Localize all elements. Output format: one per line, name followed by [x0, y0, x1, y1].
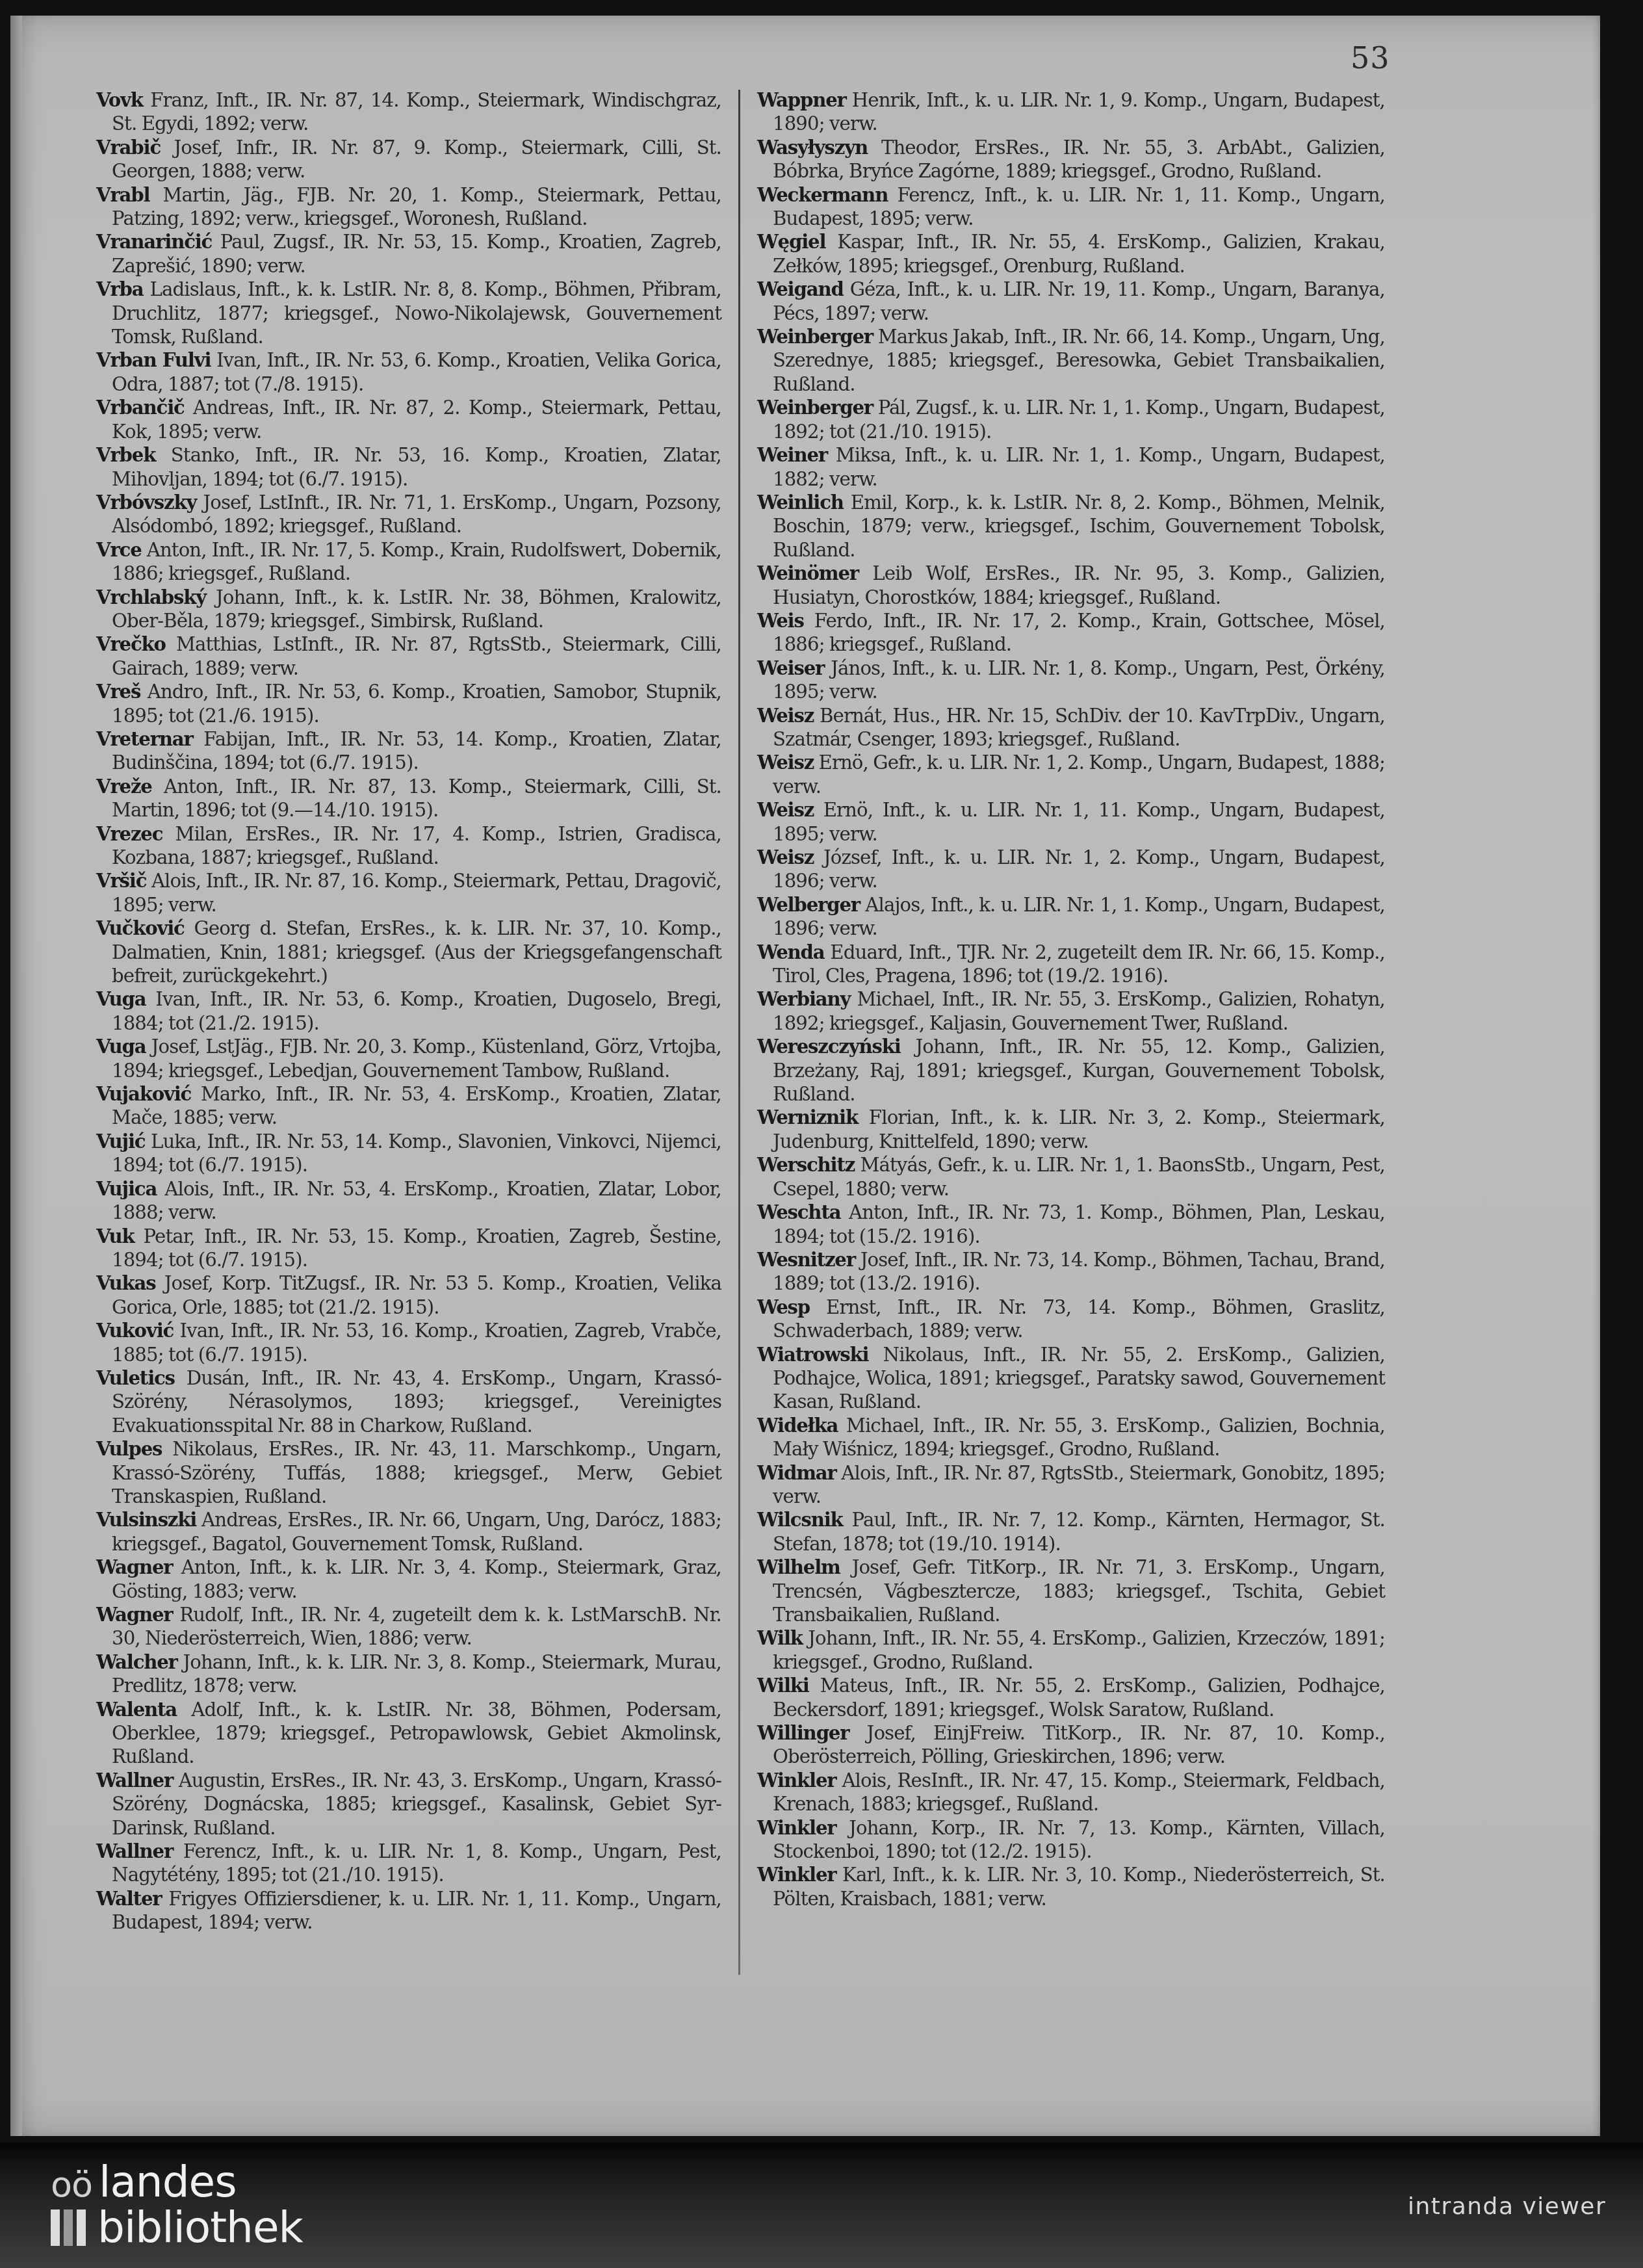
logo-bars-icon	[51, 2209, 90, 2253]
register-entry: Wilhelm Josef, Gefr. TitKorp., IR. Nr. 7…	[757, 1556, 1385, 1626]
register-entry: Wagner Anton, Inft., k. k. LIR. Nr. 3, 4…	[96, 1556, 721, 1603]
entry-surname: Walenta	[96, 1699, 177, 1721]
register-entry: Vreže Anton, Inft., IR. Nr. 87, 13. Komp…	[96, 775, 721, 822]
register-entry: Vrbančič Andreas, Inft., IR. Nr. 87, 2. …	[96, 396, 721, 443]
register-entry: Walenta Adolf, Inft., k. k. LstIR. Nr. 3…	[96, 1698, 721, 1769]
logo-bibliothek: bibliothek	[97, 2202, 303, 2252]
register-entry: Wenda Eduard, Inft., TJR. Nr. 2, zugetei…	[757, 941, 1385, 988]
register-entry: Weiser János, Inft., k. u. LIR. Nr. 1, 8…	[757, 657, 1385, 704]
entry-details: Matthias, LstInft., IR. Nr. 87, RgtsStb.…	[112, 633, 721, 679]
entry-surname: Weigand	[757, 278, 844, 300]
register-entry: Weinlich Emil, Korp., k. k. LstIR. Nr. 8…	[757, 491, 1385, 562]
register-entry: Winkler Alois, ResInft., IR. Nr. 47, 15.…	[757, 1769, 1385, 1816]
entry-surname: Vrbek	[96, 444, 155, 466]
entry-surname: Vuletics	[96, 1367, 175, 1389]
register-entry: Weiner Miksa, Inft., k. u. LIR. Nr. 1, 1…	[757, 443, 1385, 491]
register-entry: Vuk Petar, Inft., IR. Nr. 53, 15. Komp.,…	[96, 1225, 721, 1272]
entry-surname: Willinger	[757, 1722, 849, 1744]
entry-details: Emil, Korp., k. k. LstIR. Nr. 8, 2. Komp…	[773, 491, 1385, 561]
entry-details: Andro, Inft., IR. Nr. 53, 6. Komp., Kroa…	[112, 681, 721, 726]
logo-line-1: oölandes	[51, 2161, 237, 2206]
entry-details: Franz, Inft., IR. Nr. 87, 14. Komp., Ste…	[112, 89, 721, 135]
entry-surname: Walter	[96, 1888, 161, 1910]
entry-details: Kaspar, Inft., IR. Nr. 55, 4. ErsKomp., …	[773, 231, 1385, 276]
entry-surname: Wilcsnik	[757, 1509, 843, 1531]
entry-surname: Vučković	[96, 917, 185, 939]
entry-details: Henrik, Inft., k. u. LIR. Nr. 1, 9. Komp…	[773, 89, 1385, 135]
entry-surname: Welberger	[757, 894, 860, 916]
entry-details: Augustin, ErsRes., IR. Nr. 43, 3. ErsKom…	[112, 1769, 721, 1839]
entry-surname: Weinlich	[757, 491, 844, 514]
entry-details: Mátyás, Gefr., k. u. LIR. Nr. 1, 1. Baon…	[773, 1154, 1385, 1199]
entry-surname: Vulpes	[96, 1438, 162, 1460]
entry-surname: Werniznik	[757, 1106, 858, 1128]
register-entry: Winkler Johann, Korp., IR. Nr. 7, 13. Ko…	[757, 1816, 1385, 1864]
entry-surname: Walcher	[96, 1651, 177, 1673]
entry-surname: Winkler	[757, 1769, 836, 1792]
entry-details: Michael, Inft., IR. Nr. 55, 3. ErsKomp.,…	[773, 1414, 1385, 1460]
register-entry: Vuletics Dusán, Inft., IR. Nr. 43, 4. Er…	[96, 1366, 721, 1437]
viewer-footer: oölandes bibliothek intranda viewer	[0, 2143, 1643, 2268]
entry-surname: Vreternar	[96, 728, 193, 750]
entry-surname: Wereszczyński	[757, 1036, 901, 1058]
register-entry: Weis Ferdo, Inft., IR. Nr. 17, 2. Komp.,…	[757, 609, 1385, 657]
entry-details: Géza, Inft., k. u. LIR. Nr. 19, 11. Komp…	[773, 278, 1385, 324]
register-entry: Wilcsnik Paul, Inft., IR. Nr. 7, 12. Kom…	[757, 1508, 1385, 1556]
entry-details: József, Inft., k. u. LIR. Nr. 1, 2. Komp…	[773, 846, 1385, 892]
entry-details: Ferencz, Inft., k. u. LIR. Nr. 1, 8. Kom…	[112, 1840, 721, 1886]
entry-details: Miksa, Inft., k. u. LIR. Nr. 1, 1. Komp.…	[773, 444, 1385, 489]
register-entry: Vrban Fulvi Ivan, Inft., IR. Nr. 53, 6. …	[96, 348, 721, 396]
entry-surname: Vuković	[96, 1320, 174, 1342]
entry-details: Anton, Inft., IR. Nr. 87, 13. Komp., Ste…	[112, 776, 721, 821]
entry-surname: Wagner	[96, 1604, 173, 1626]
entry-surname: Vujica	[96, 1178, 157, 1200]
entry-surname: Vreš	[96, 681, 140, 703]
entry-details: Eduard, Inft., TJR. Nr. 2, zugeteilt dem…	[773, 941, 1385, 987]
entry-surname: Wilki	[757, 1675, 809, 1697]
entry-details: Leib Wolf, ErsRes., IR. Nr. 95, 3. Komp.…	[773, 562, 1385, 608]
entry-details: Josef, Infr., IR. Nr. 87, 9. Komp., Stei…	[112, 137, 721, 182]
register-entry: Vulpes Nikolaus, ErsRes., IR. Nr. 43, 11…	[96, 1437, 721, 1508]
entry-surname: Vranarinčić	[96, 231, 212, 253]
register-entry: Vuković Ivan, Inft., IR. Nr. 53, 16. Kom…	[96, 1319, 721, 1366]
entry-details: Petar, Inft., IR. Nr. 53, 15. Komp., Kro…	[112, 1225, 721, 1271]
register-entry: Vrchlabský Johann, Inft., k. k. LstIR. N…	[96, 586, 721, 633]
register-entry: Węgiel Kaspar, Inft., IR. Nr. 55, 4. Ers…	[757, 230, 1385, 278]
entry-details: Nikolaus, ErsRes., IR. Nr. 43, 11. Marsc…	[112, 1438, 721, 1507]
entry-details: Josef, LstJäg., FJB. Nr. 20, 3. Komp., K…	[112, 1036, 721, 1081]
entry-surname: Wenda	[757, 941, 825, 963]
entry-surname: Vovk	[96, 89, 143, 111]
register-entry: Wilki Mateus, Inft., IR. Nr. 55, 2. ErsK…	[757, 1674, 1385, 1721]
entry-details: Ernö, Gefr., k. u. LIR. Nr. 1, 2. Komp.,…	[773, 751, 1385, 797]
register-entry: Vučković Georg d. Stefan, ErsRes., k. k.…	[96, 917, 721, 987]
register-entry: Wilk Johann, Inft., IR. Nr. 55, 4. ErsKo…	[757, 1626, 1385, 1674]
register-entry: Vreš Andro, Inft., IR. Nr. 53, 6. Komp.,…	[96, 680, 721, 727]
entry-surname: Wagner	[96, 1556, 173, 1578]
entry-surname: Weschta	[757, 1201, 840, 1223]
register-entry: Wesp Ernst, Inft., IR. Nr. 73, 14. Komp.…	[757, 1296, 1385, 1343]
entry-surname: Vrečko	[96, 633, 166, 655]
entry-surname: Wilhelm	[757, 1556, 840, 1578]
entry-surname: Vuga	[96, 988, 146, 1010]
entry-details: Georg d. Stefan, ErsRes., k. k. LIR. Nr.…	[112, 917, 721, 987]
register-entry: Vujica Alois, Inft., IR. Nr. 53, 4. ErsK…	[96, 1177, 721, 1225]
register-entry: Vuga Josef, LstJäg., FJB. Nr. 20, 3. Kom…	[96, 1035, 721, 1082]
register-entry: Vrbóvszky Josef, LstInft., IR. Nr. 71, 1…	[96, 491, 721, 538]
entry-surname: Vulsinszki	[96, 1509, 196, 1531]
entry-surname: Werbiany	[757, 988, 850, 1010]
entry-details: Alajos, Inft., k. u. LIR. Nr. 1, 1. Komp…	[773, 894, 1385, 939]
register-entry: Werbiany Michael, Inft., IR. Nr. 55, 3. …	[757, 987, 1385, 1035]
register-entry: Walcher Johann, Inft., k. k. LIR. Nr. 3,…	[96, 1650, 721, 1698]
entry-details: Alois, Inft., IR. Nr. 87, RgtsStb., Stei…	[773, 1462, 1385, 1507]
entry-details: Josef, LstInft., IR. Nr. 71, 1. ErsKomp.…	[112, 491, 721, 537]
entry-details: Andreas, ErsRes., IR. Nr. 66, Ungarn, Un…	[112, 1509, 721, 1554]
register-entry: Vuga Ivan, Inft., IR. Nr. 53, 6. Komp., …	[96, 987, 721, 1035]
entry-surname: Wiatrowski	[757, 1344, 868, 1366]
register-entry: Vujaković Marko, Inft., IR. Nr. 53, 4. E…	[96, 1082, 721, 1130]
entry-details: Dusán, Inft., IR. Nr. 43, 4. ErsKomp., U…	[112, 1367, 721, 1437]
entry-surname: Weckermann	[757, 184, 888, 206]
viewer-brand-link[interactable]: intranda viewer	[1408, 2193, 1606, 2220]
register-entry: Vreternar Fabijan, Inft., IR. Nr. 53, 14…	[96, 727, 721, 775]
entry-surname: Weinberger	[757, 326, 873, 348]
entry-details: Alois, Inft., IR. Nr. 53, 4. ErsKomp., K…	[112, 1178, 721, 1223]
register-entry: Weinberger Pál, Zugsf., k. u. LIR. Nr. 1…	[757, 396, 1385, 443]
entry-surname: Weiner	[757, 444, 827, 466]
entry-surname: Vujić	[96, 1130, 145, 1153]
register-entry: Weisz József, Inft., k. u. LIR. Nr. 1, 2…	[757, 846, 1385, 893]
entry-details: Alois, Inft., IR. Nr. 87, 16. Komp., Ste…	[112, 870, 721, 915]
entry-surname: Vrabič	[96, 137, 161, 159]
entry-details: Ivan, Inft., IR. Nr. 53, 6. Komp., Kroat…	[112, 988, 721, 1034]
entry-surname: Widełka	[757, 1414, 838, 1437]
register-entry: Weisz Ernö, Inft., k. u. LIR. Nr. 1, 11.…	[757, 798, 1385, 846]
entry-surname: Weiser	[757, 657, 824, 679]
entry-surname: Vrce	[96, 539, 142, 561]
entry-surname: Vrezec	[96, 823, 162, 845]
register-entry: Vujić Luka, Inft., IR. Nr. 53, 14. Komp.…	[96, 1130, 721, 1177]
register-entry: Werschitz Mátyás, Gefr., k. u. LIR. Nr. …	[757, 1153, 1385, 1201]
register-entry: Vrce Anton, Inft., IR. Nr. 17, 5. Komp.,…	[96, 538, 721, 586]
entry-details: Anton, Inft., IR. Nr. 73, 1. Komp., Böhm…	[773, 1201, 1385, 1247]
entry-details: Adolf, Inft., k. k. LstIR. Nr. 38, Böhme…	[112, 1699, 721, 1768]
entry-surname: Vrchlabský	[96, 586, 206, 608]
register-entry: Weckermann Ferencz, Inft., k. u. LIR. Nr…	[757, 183, 1385, 231]
entry-surname: Winkler	[757, 1864, 836, 1886]
entry-surname: Vršič	[96, 870, 146, 892]
entry-details: Ivan, Inft., IR. Nr. 53, 16. Komp., Kroa…	[112, 1320, 721, 1365]
register-entry: Weinömer Leib Wolf, ErsRes., IR. Nr. 95,…	[757, 562, 1385, 609]
entry-details: Michael, Inft., IR. Nr. 55, 3. ErsKomp.,…	[773, 988, 1385, 1034]
logo-landes: landes	[99, 2157, 237, 2207]
right-column: Wappner Henrik, Inft., k. u. LIR. Nr. 1,…	[757, 88, 1385, 1910]
entry-details: Josef, Gefr. TitKorp., IR. Nr. 71, 3. Er…	[773, 1556, 1385, 1626]
entry-surname: Widmar	[757, 1462, 836, 1484]
entry-details: Anton, Inft., IR. Nr. 17, 5. Komp., Krai…	[112, 539, 721, 584]
entry-details: Johann, Inft., k. k. LIR. Nr. 3, 8. Komp…	[112, 1651, 721, 1697]
register-entry: Widmar Alois, Inft., IR. Nr. 87, RgtsStb…	[757, 1461, 1385, 1509]
entry-surname: Weis	[757, 610, 804, 632]
entry-details: Mateus, Inft., IR. Nr. 55, 2. ErsKomp., …	[773, 1675, 1385, 1720]
entry-details: Alois, ResInft., IR. Nr. 47, 15. Komp., …	[773, 1769, 1385, 1815]
register-entry: Wereszczyński Johann, Inft., IR. Nr. 55,…	[757, 1035, 1385, 1106]
register-entry: Weisz Ernö, Gefr., k. u. LIR. Nr. 1, 2. …	[757, 751, 1385, 798]
entry-details: Florian, Inft., k. k. LIR. Nr. 3, 2. Kom…	[773, 1106, 1385, 1152]
entry-surname: Wesp	[757, 1296, 810, 1318]
entry-details: Frigyes Offiziersdiener, k. u. LIR. Nr. …	[112, 1888, 721, 1933]
entry-details: Josef, EinjFreiw. TitKorp., IR. Nr. 87, …	[773, 1722, 1385, 1767]
register-entry: Vrezec Milan, ErsRes., IR. Nr. 17, 4. Ko…	[96, 822, 721, 870]
entry-surname: Werschitz	[757, 1154, 855, 1176]
entry-surname: Weisz	[757, 751, 814, 774]
entry-surname: Wallner	[96, 1840, 173, 1862]
entry-surname: Wilk	[757, 1627, 803, 1649]
entry-surname: Vukas	[96, 1272, 156, 1294]
logo-line-2: bibliothek	[51, 2206, 303, 2253]
entry-surname: Wesnitzer	[757, 1249, 855, 1271]
entry-surname: Vreže	[96, 776, 152, 798]
entry-details: Bernát, Hus., HR. Nr. 15, SchDiv. der 10…	[773, 705, 1385, 750]
register-entry: Vrba Ladislaus, Inft., k. k. LstIR. Nr. …	[96, 278, 721, 348]
entry-details: Andreas, Inft., IR. Nr. 87, 2. Komp., St…	[112, 397, 721, 442]
entry-surname: Węgiel	[757, 231, 825, 253]
entry-surname: Vrabl	[96, 184, 149, 206]
register-entry: Wasyłyszyn Theodor, ErsRes., IR. Nr. 55,…	[757, 136, 1385, 183]
entry-details: Rudolf, Inft., IR. Nr. 4, zugeteilt dem …	[112, 1604, 721, 1649]
entry-details: János, Inft., k. u. LIR. Nr. 1, 8. Komp.…	[773, 657, 1385, 703]
register-entry: Winkler Karl, Inft., k. k. LIR. Nr. 3, 1…	[757, 1863, 1385, 1910]
register-entry: Weinberger Markus Jakab, Inft., IR. Nr. …	[757, 325, 1385, 396]
register-entry: Wallner Ferencz, Inft., k. u. LIR. Nr. 1…	[96, 1840, 721, 1887]
entry-surname: Vujaković	[96, 1083, 191, 1105]
entry-details: Stanko, Inft., IR. Nr. 53, 16. Komp., Kr…	[112, 444, 721, 489]
entry-details: Ernst, Inft., IR. Nr. 73, 14. Komp., Böh…	[773, 1296, 1385, 1342]
entry-surname: Weisz	[757, 846, 814, 868]
entry-surname: Vrbóvszky	[96, 491, 196, 514]
entry-details: Marko, Inft., IR. Nr. 53, 4. ErsKomp., K…	[112, 1083, 721, 1128]
entry-details: Johann, Inft., IR. Nr. 55, 4. ErsKomp., …	[773, 1627, 1385, 1673]
register-entry: Vrabič Josef, Infr., IR. Nr. 87, 9. Komp…	[96, 136, 721, 183]
entry-surname: Wappner	[757, 89, 846, 111]
entry-surname: Weinberger	[757, 397, 873, 419]
register-entry: Vrbek Stanko, Inft., IR. Nr. 53, 16. Kom…	[96, 443, 721, 491]
register-entry: Wappner Henrik, Inft., k. u. LIR. Nr. 1,…	[757, 88, 1385, 136]
entry-surname: Weisz	[757, 799, 814, 821]
register-entry: Wallner Augustin, ErsRes., IR. Nr. 43, 3…	[96, 1769, 721, 1840]
entry-details: Paul, Inft., IR. Nr. 7, 12. Komp., Kärnt…	[773, 1509, 1385, 1554]
entry-surname: Vuga	[96, 1036, 146, 1058]
entry-surname: Vuk	[96, 1225, 135, 1247]
entry-details: Anton, Inft., k. k. LIR. Nr. 3, 4. Komp.…	[112, 1556, 721, 1602]
entry-surname: Vrba	[96, 278, 144, 300]
entry-details: Josef, Korp. TitZugsf., IR. Nr. 53 5. Ko…	[112, 1272, 721, 1318]
entry-surname: Vrban Fulvi	[96, 349, 211, 371]
entry-details: Josef, Inft., IR. Nr. 73, 14. Komp., Böh…	[773, 1249, 1385, 1294]
register-entry: Vršič Alois, Inft., IR. Nr. 87, 16. Komp…	[96, 869, 721, 917]
register-entry: Vulsinszki Andreas, ErsRes., IR. Nr. 66,…	[96, 1508, 721, 1556]
left-column: Vovk Franz, Inft., IR. Nr. 87, 14. Komp.…	[96, 88, 721, 1935]
register-entry: Weigand Géza, Inft., k. u. LIR. Nr. 19, …	[757, 278, 1385, 325]
entry-details: Ferdo, Inft., IR. Nr. 17, 2. Komp., Krai…	[773, 610, 1385, 655]
register-entry: Widełka Michael, Inft., IR. Nr. 55, 3. E…	[757, 1414, 1385, 1461]
register-entry: Vrabl Martin, Jäg., FJB. Nr. 20, 1. Komp…	[96, 183, 721, 231]
entry-surname: Wallner	[96, 1769, 173, 1792]
logo-prefix: oö	[51, 2164, 92, 2205]
entry-details: Ladislaus, Inft., k. k. LstIR. Nr. 8, 8.…	[112, 278, 721, 348]
register-entry: Wagner Rudolf, Inft., IR. Nr. 4, zugetei…	[96, 1603, 721, 1650]
register-entry: Walter Frigyes Offiziersdiener, k. u. LI…	[96, 1887, 721, 1935]
register-entry: Vovk Franz, Inft., IR. Nr. 87, 14. Komp.…	[96, 88, 721, 136]
register-entry: Vukas Josef, Korp. TitZugsf., IR. Nr. 53…	[96, 1271, 721, 1319]
entry-details: Martin, Jäg., FJB. Nr. 20, 1. Komp., Ste…	[112, 184, 721, 229]
register-entry: Welberger Alajos, Inft., k. u. LIR. Nr. …	[757, 893, 1385, 941]
entry-details: Luka, Inft., IR. Nr. 53, 14. Komp., Slav…	[112, 1130, 721, 1176]
column-divider	[738, 90, 740, 1975]
entry-details: Karl, Inft., k. k. LIR. Nr. 3, 10. Komp.…	[773, 1864, 1385, 1909]
register-entry: Vrečko Matthias, LstInft., IR. Nr. 87, R…	[96, 632, 721, 680]
entry-surname: Weinömer	[757, 562, 859, 584]
register-entry: Wesnitzer Josef, Inft., IR. Nr. 73, 14. …	[757, 1248, 1385, 1296]
page-number: 53	[1351, 40, 1390, 75]
register-entry: Werniznik Florian, Inft., k. k. LIR. Nr.…	[757, 1106, 1385, 1153]
entry-details: Johann, Korp., IR. Nr. 7, 13. Komp., Kär…	[773, 1817, 1385, 1862]
entry-details: Ernö, Inft., k. u. LIR. Nr. 1, 11. Komp.…	[773, 799, 1385, 844]
entry-surname: Winkler	[757, 1817, 836, 1839]
entry-details: Milan, ErsRes., IR. Nr. 17, 4. Komp., Is…	[112, 823, 721, 868]
register-entry: Wiatrowski Nikolaus, Inft., IR. Nr. 55, …	[757, 1343, 1385, 1414]
register-entry: Weschta Anton, Inft., IR. Nr. 73, 1. Kom…	[757, 1201, 1385, 1248]
entry-surname: Weisz	[757, 705, 814, 727]
entry-surname: Wasyłyszyn	[757, 137, 868, 159]
register-entry: Willinger Josef, EinjFreiw. TitKorp., IR…	[757, 1721, 1385, 1769]
entry-surname: Vrbančič	[96, 397, 185, 419]
entry-details: Fabijan, Inft., IR. Nr. 53, 14. Komp., K…	[112, 728, 721, 774]
register-entry: Vranarinčić Paul, Zugsf., IR. Nr. 53, 15…	[96, 230, 721, 278]
register-entry: Weisz Bernát, Hus., HR. Nr. 15, SchDiv. …	[757, 704, 1385, 751]
